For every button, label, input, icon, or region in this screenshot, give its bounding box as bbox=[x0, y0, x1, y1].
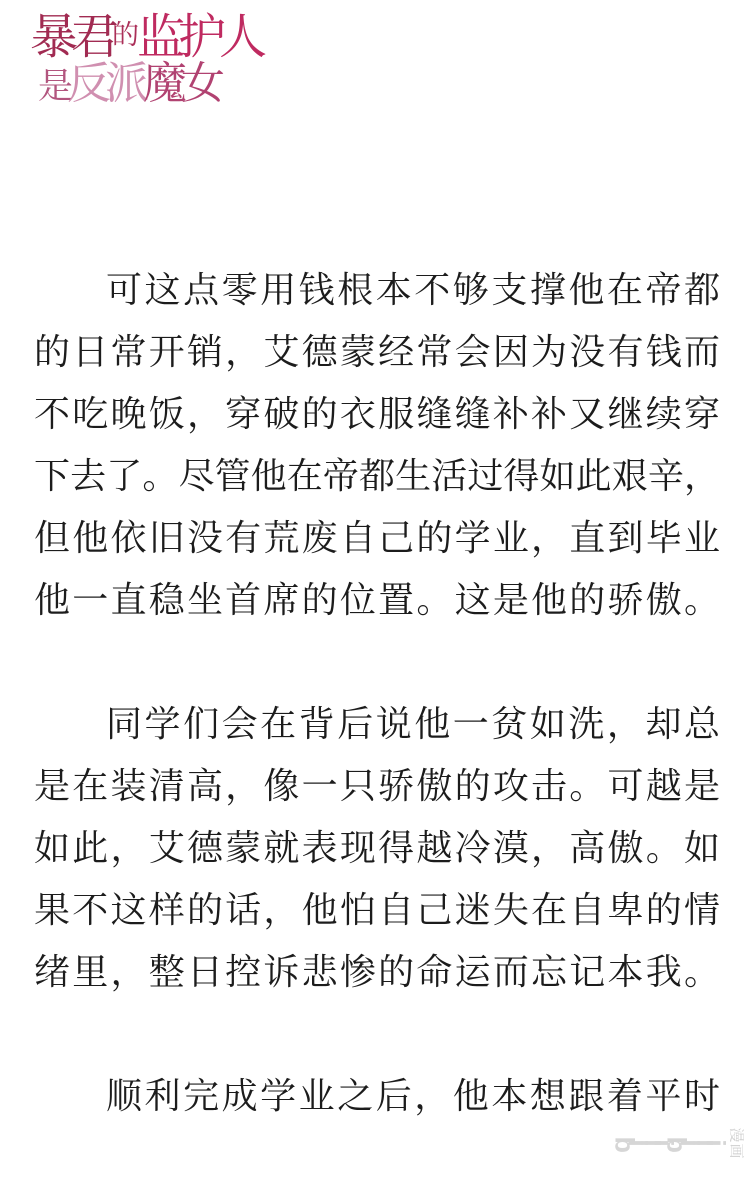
article-text: 可这点零用钱根本不够支撑他在帝都 的日常开销，艾德蒙经常会因为没有钱而 不吃晚饭… bbox=[34, 259, 720, 1127]
text-line: 是在装清高，像一只骄傲的攻击。可越是 bbox=[34, 755, 720, 817]
watermark-manga-label: 漫 画 bbox=[728, 1127, 743, 1159]
logo-text-fanpai: 反派 bbox=[67, 59, 143, 108]
text-line: 的日常开销，艾德蒙经常会因为没有钱而 bbox=[34, 321, 720, 383]
series-logo: 暴君的监护人 是反派魔女 bbox=[30, 12, 260, 107]
logo-text-shi: 是 bbox=[38, 67, 67, 106]
paragraph-3: 顺利完成学业之后，他本想跟着平时 bbox=[34, 1065, 720, 1127]
novel-page: 暴君的监护人 是反派魔女 可这点零用钱根本不够支撑他在帝都 的日常开销，艾德蒙经… bbox=[0, 0, 753, 1191]
logo-text-jianhuren: 监护人 bbox=[137, 11, 260, 64]
text-line: 如此，艾德蒙就表现得越冷漠，高傲。如 bbox=[34, 817, 720, 879]
series-logo-line1: 暴君的监护人 bbox=[30, 12, 260, 64]
logo-text-baojun: 暴君 bbox=[30, 11, 112, 64]
text-line: 不吃晚饭，穿破的衣服缝缝补补又继续穿 bbox=[34, 383, 720, 445]
bilibili-manga-watermark: b i l i b i l i 漫 画 bbox=[618, 1126, 743, 1160]
logo-text-de: 的 bbox=[112, 20, 137, 50]
text-line: 他一直稳坐首席的位置。这是他的骄傲。 bbox=[34, 569, 720, 631]
watermark-cjk-char: 画 bbox=[728, 1143, 744, 1158]
text-line: 下去了。尽管他在帝都生活过得如此艰辛， bbox=[34, 445, 720, 507]
text-line: 果不这样的话，他怕自己迷失在自卑的情 bbox=[34, 879, 720, 941]
watermark-cjk-char: 漫 bbox=[728, 1127, 744, 1142]
series-logo-line2: 是反派魔女 bbox=[38, 60, 260, 108]
text-line: 绪里，整日控诉悲惨的命运而忘记本我。 bbox=[34, 941, 720, 1003]
text-line: 但他依旧没有荒废自己的学业，直到毕业 bbox=[34, 507, 720, 569]
logo-text-monv: 魔女 bbox=[143, 59, 219, 108]
paragraph-2: 同学们会在背后说他一贫如洗，却总 是在装清高，像一只骄傲的攻击。可越是 如此，艾… bbox=[34, 693, 720, 1003]
paragraph-1: 可这点零用钱根本不够支撑他在帝都 的日常开销，艾德蒙经常会因为没有钱而 不吃晚饭… bbox=[34, 259, 720, 631]
text-line: 顺利完成学业之后，他本想跟着平时 bbox=[34, 1065, 720, 1127]
text-line: 同学们会在背后说他一贫如洗，却总 bbox=[34, 693, 720, 755]
text-line: 可这点零用钱根本不够支撑他在帝都 bbox=[34, 259, 720, 321]
